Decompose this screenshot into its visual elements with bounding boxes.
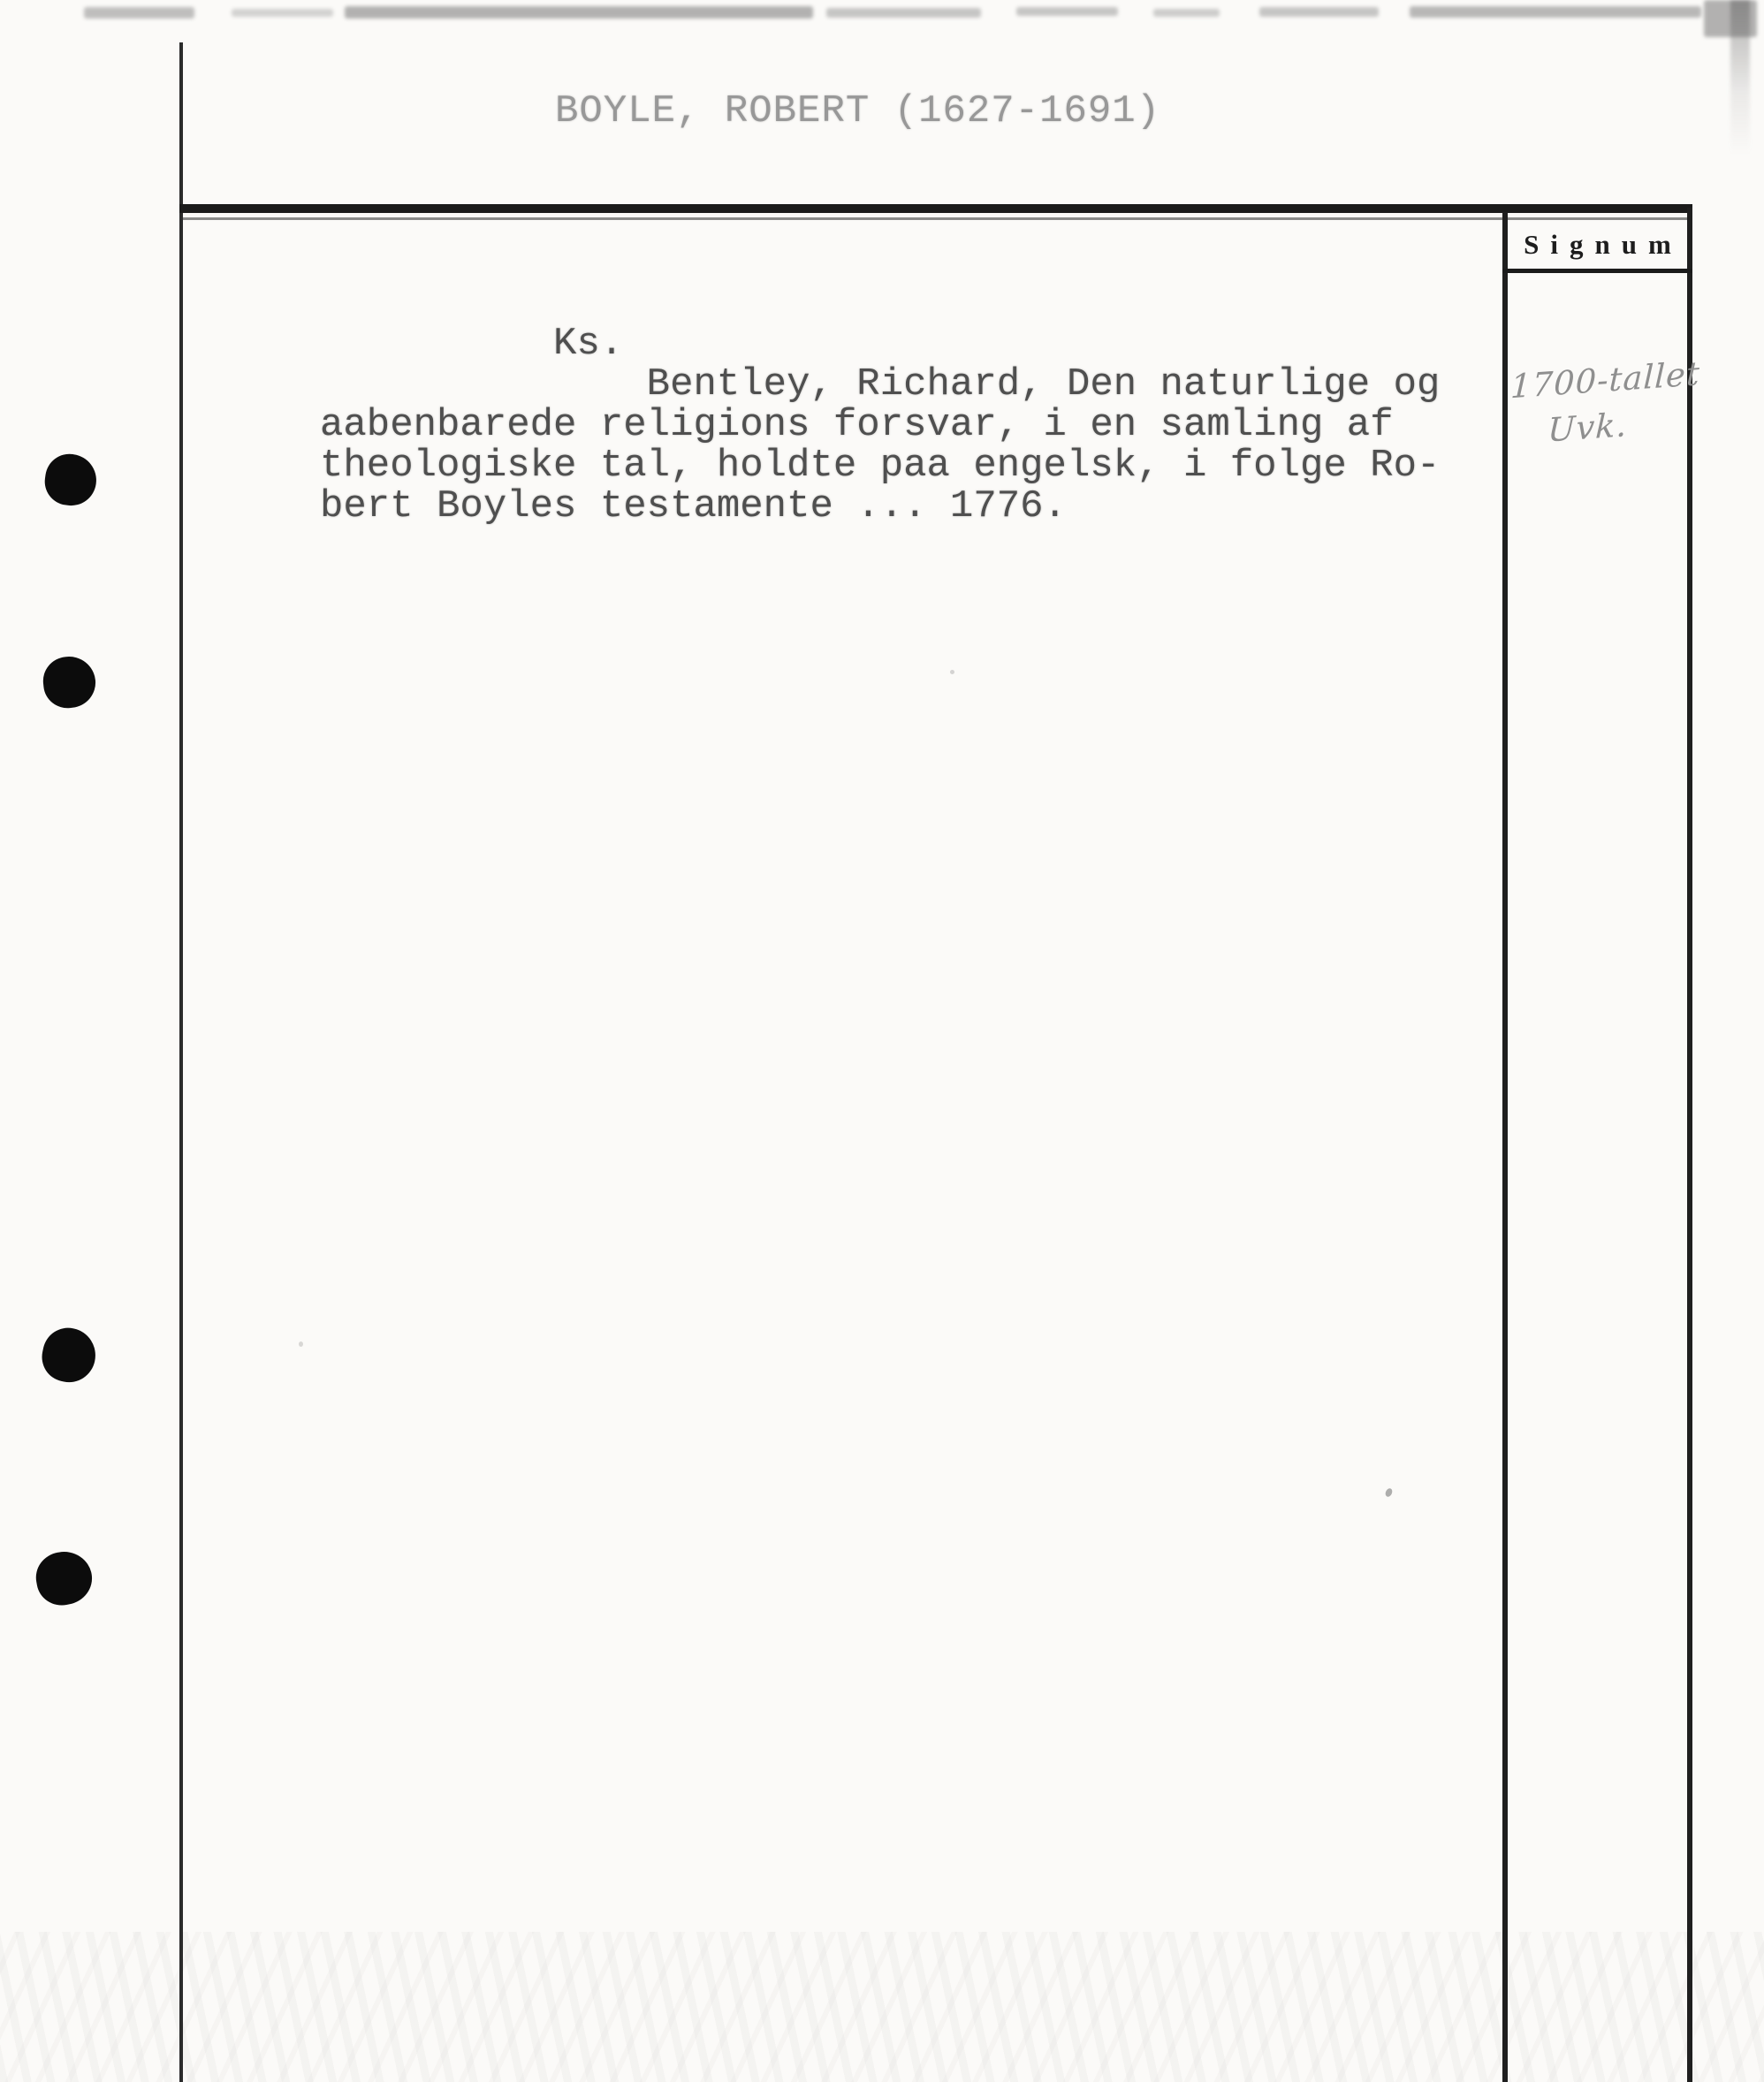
scan-speck bbox=[299, 1341, 303, 1347]
signum-header-label: Signum bbox=[1524, 229, 1683, 261]
signum-header-bottom-rule bbox=[1502, 269, 1692, 273]
left-margin-rule bbox=[179, 42, 183, 2082]
scan-artifact bbox=[84, 7, 194, 19]
punch-hole bbox=[37, 1323, 100, 1387]
scan-artifact bbox=[1153, 9, 1220, 17]
scan-artifact bbox=[826, 8, 981, 18]
scan-artifact bbox=[1410, 6, 1701, 18]
catalog-entry-text: Ks. Bentley, Richard, Den naturlige og a… bbox=[320, 323, 1440, 527]
scan-artifact bbox=[232, 9, 333, 17]
scan-artifact bbox=[1016, 7, 1118, 16]
scan-artifact bbox=[1259, 7, 1379, 17]
punch-hole bbox=[32, 1547, 95, 1609]
header-rule-thick bbox=[179, 204, 1692, 213]
signum-column-header: Signum bbox=[1508, 220, 1687, 269]
scan-artifact bbox=[1730, 0, 1750, 155]
scan-speck bbox=[950, 670, 954, 674]
handwritten-signum-note: 1700-tallet Uvk. bbox=[1508, 349, 1722, 456]
catalog-card-scan: BOYLE, ROBERT (1627-1691) Signum 1700-ta… bbox=[0, 0, 1764, 2082]
scan-speck bbox=[1384, 1487, 1394, 1498]
punch-hole bbox=[42, 451, 100, 509]
signum-column-right-rule bbox=[1687, 208, 1692, 2082]
scan-artifact bbox=[345, 6, 813, 19]
signum-column-left-rule bbox=[1502, 212, 1508, 2082]
header-rule-thin bbox=[179, 217, 1692, 220]
card-heading: BOYLE, ROBERT (1627-1691) bbox=[555, 89, 1160, 133]
scan-artifact bbox=[0, 1932, 1764, 2082]
punch-hole bbox=[41, 654, 98, 710]
